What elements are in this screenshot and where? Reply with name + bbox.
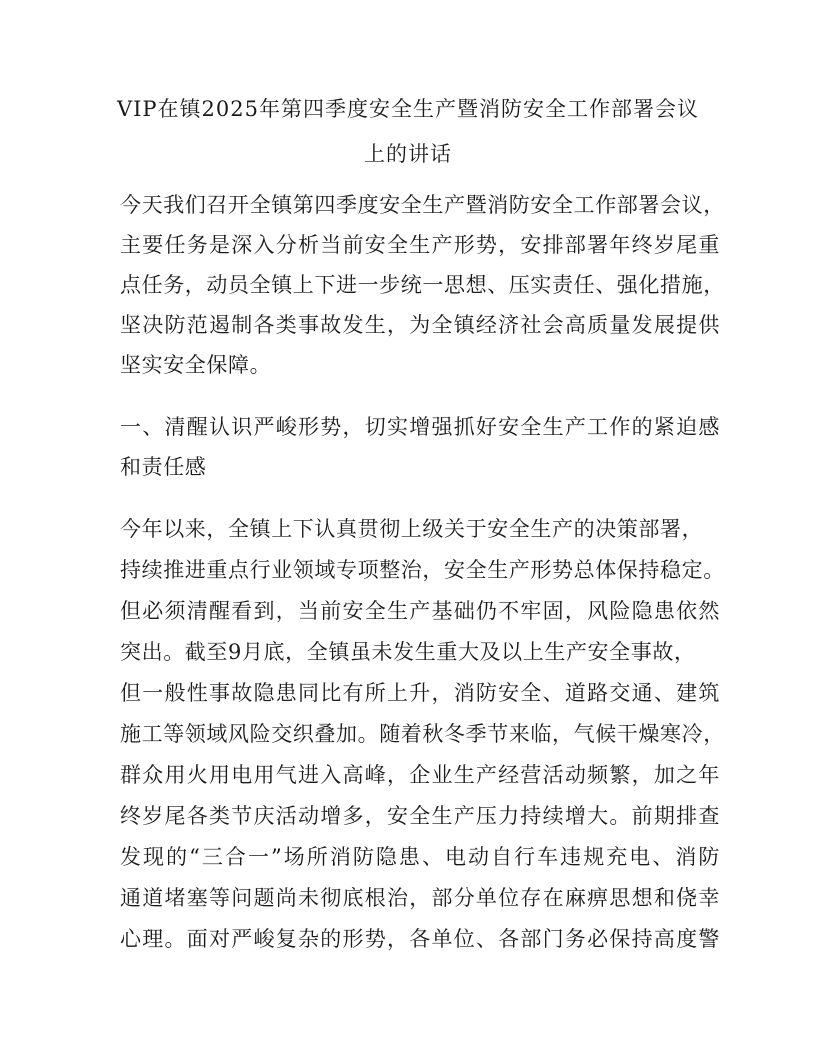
body-paragraph-line: 突出。截至9月底，全镇虽未发生重大及以上生产安全事故，: [120, 637, 720, 667]
intro-paragraph-line: 坚决防范遏制各类事故发生，为全镇经济社会高质量发展提供: [120, 310, 720, 340]
document-title-line-1: VIP在镇2025年第四季度安全生产暨消防安全工作部署会议: [0, 94, 816, 124]
body-paragraph-line: 心理。面对严峻复杂的形势，各单位、各部门务必保持高度警: [120, 924, 720, 954]
body-paragraph-line: 群众用火用电用气进入高峰，企业生产经营活动频繁，加之年: [120, 760, 720, 790]
intro-paragraph-line: 点任务，动员全镇上下进一步统一思想、压实责任、强化措施，: [120, 270, 720, 300]
section-heading-line: 一、清醒认识严峻形势，切实增强抓好安全生产工作的紧迫感: [120, 412, 720, 442]
body-paragraph-line: 施工等领域风险交织叠加。随着秋冬季节来临，气候干燥寒冷，: [120, 719, 720, 749]
body-paragraph-line: 但必须清醒看到，当前安全生产基础仍不牢固，风险隐患依然: [120, 596, 720, 626]
body-paragraph-line: 终岁尾各类节庆活动增多，安全生产压力持续增大。前期排查: [120, 801, 720, 831]
intro-paragraph-line: 主要任务是深入分析当前安全生产形势，安排部署年终岁尾重: [120, 230, 720, 260]
document-title-line-2: 上的讲话: [0, 139, 816, 169]
section-heading-line: 和责任感: [120, 452, 720, 482]
intro-paragraph-line: 坚实安全保障。: [120, 350, 720, 380]
document-page: VIP在镇2025年第四季度安全生产暨消防安全工作部署会议 上的讲话 今天我们召…: [0, 0, 816, 1056]
body-paragraph-line: 今年以来，全镇上下认真贯彻上级关于安全生产的决策部署，: [120, 514, 720, 544]
body-paragraph-line: 通道堵塞等问题尚未彻底根治，部分单位存在麻痹思想和侥幸: [120, 883, 720, 913]
body-paragraph-line: 发现的“三合一”场所消防隐患、电动自行车违规充电、消防: [120, 842, 720, 872]
body-paragraph-line: 但一般性事故隐患同比有所上升，消防安全、道路交通、建筑: [120, 678, 720, 708]
body-paragraph-line: 持续推进重点行业领域专项整治，安全生产形势总体保持稳定。: [120, 555, 720, 585]
intro-paragraph-line: 今天我们召开全镇第四季度安全生产暨消防安全工作部署会议，: [120, 190, 720, 220]
